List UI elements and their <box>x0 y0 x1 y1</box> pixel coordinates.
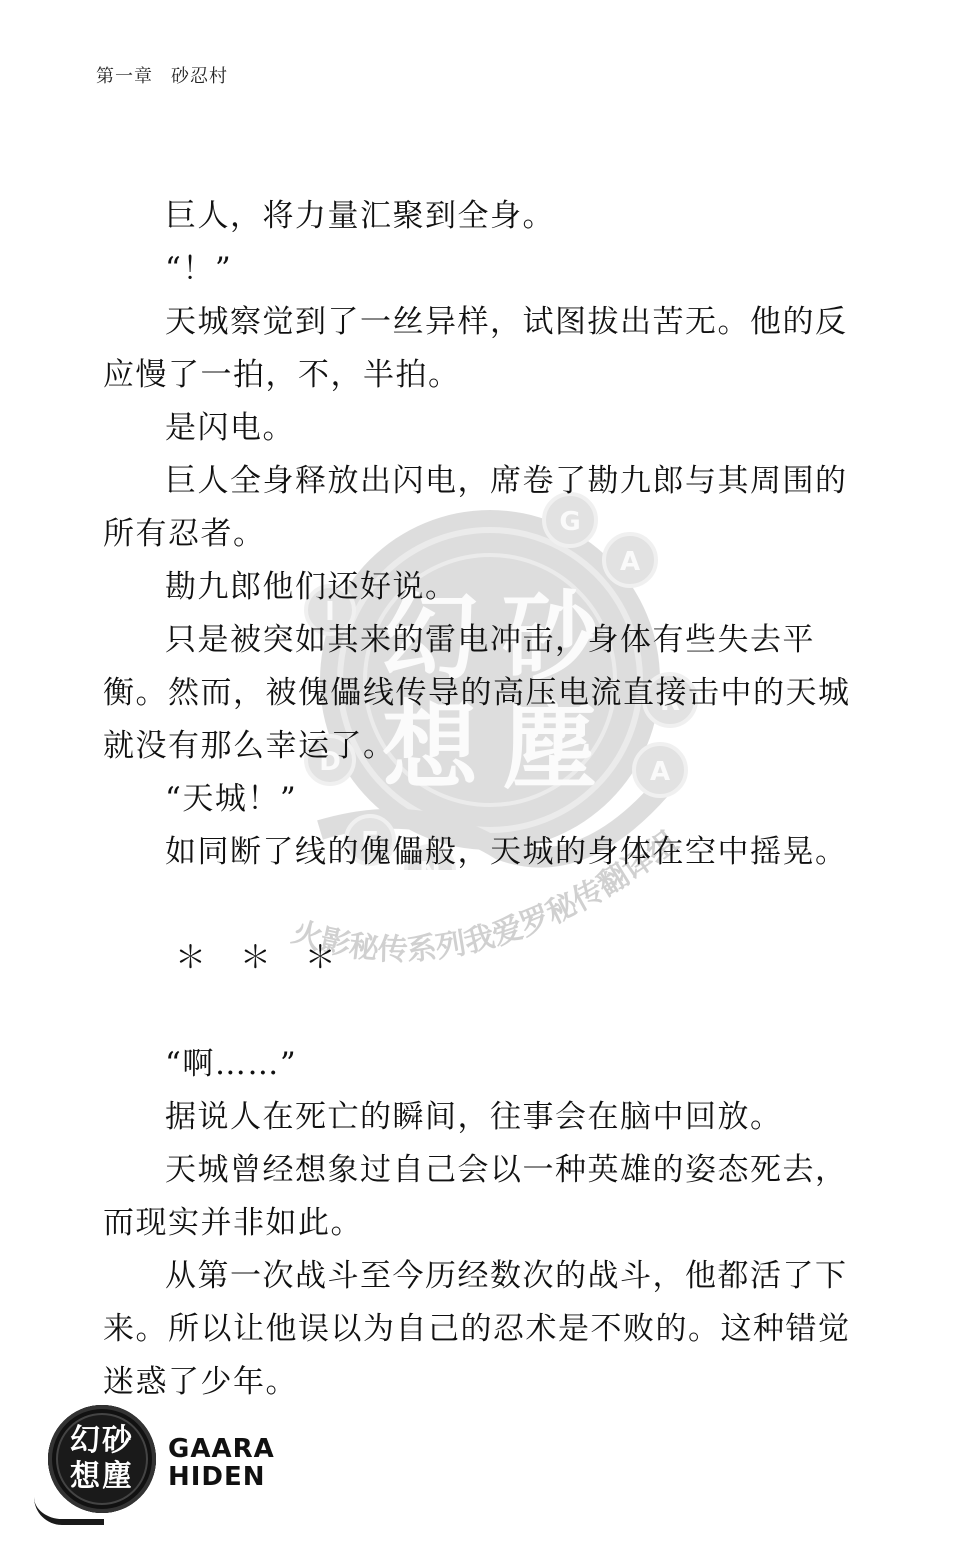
chapter-title: 砂忍村 <box>171 66 228 87</box>
logo-line-gaara: GAARA <box>168 1435 275 1463</box>
paragraph: “啊……” <box>103 1038 863 1091</box>
paragraph: 据说人在死亡的瞬间，往事会在脑中回放。 <box>103 1091 863 1144</box>
logo-wordmark: GAARA HIDEN <box>168 1435 275 1491</box>
paragraph: 如同断了线的傀儡般，天城的身体在空中摇晃。 <box>103 826 863 879</box>
paragraph: 从第一次战斗至今历经数次的战斗，他都活了下来。所以让他误以为自己的忍术是不败的。… <box>103 1250 863 1409</box>
paragraph: 巨人，将力量汇聚到全身。 <box>103 190 863 243</box>
paragraph: 勘九郎他们还好说。 <box>103 561 863 614</box>
paragraph: “！” <box>103 243 863 296</box>
blank-line <box>103 879 863 932</box>
paragraph: 天城曾经想象过自己会以一种英雄的姿态死去，而现实并非如此。 <box>103 1144 863 1250</box>
logo-line-hiden: HIDEN <box>168 1463 275 1491</box>
paragraph: 只是被突如其来的雷电冲击，身体有些失去平衡。然而，被傀儡线传导的高压电流直接击中… <box>103 614 863 773</box>
chapter-number: 第一章 <box>96 66 153 87</box>
paragraph: 天城察觉到了一丝异样，试图拔出苦无。他的反应慢了一拍，不，半拍。 <box>103 296 863 402</box>
paragraph: 巨人全身释放出闪电，席卷了勘九郎与其周围的所有忍者。 <box>103 455 863 561</box>
logo-kanji: 幻砂 想塵 <box>52 1423 152 1495</box>
running-header: 第一章砂忍村 <box>96 62 228 88</box>
series-logo: 幻砂 想塵 GAARA HIDEN <box>40 1405 280 1535</box>
chapter-body: 巨人，将力量汇聚到全身。 “！” 天城察觉到了一丝异样，试图拔出苦无。他的反应慢… <box>103 190 863 1409</box>
paragraph: “天城！” <box>103 773 863 826</box>
paragraph: 是闪电。 <box>103 402 863 455</box>
blank-line <box>103 985 863 1038</box>
scene-break: ＊ ＊ ＊ <box>103 932 863 985</box>
